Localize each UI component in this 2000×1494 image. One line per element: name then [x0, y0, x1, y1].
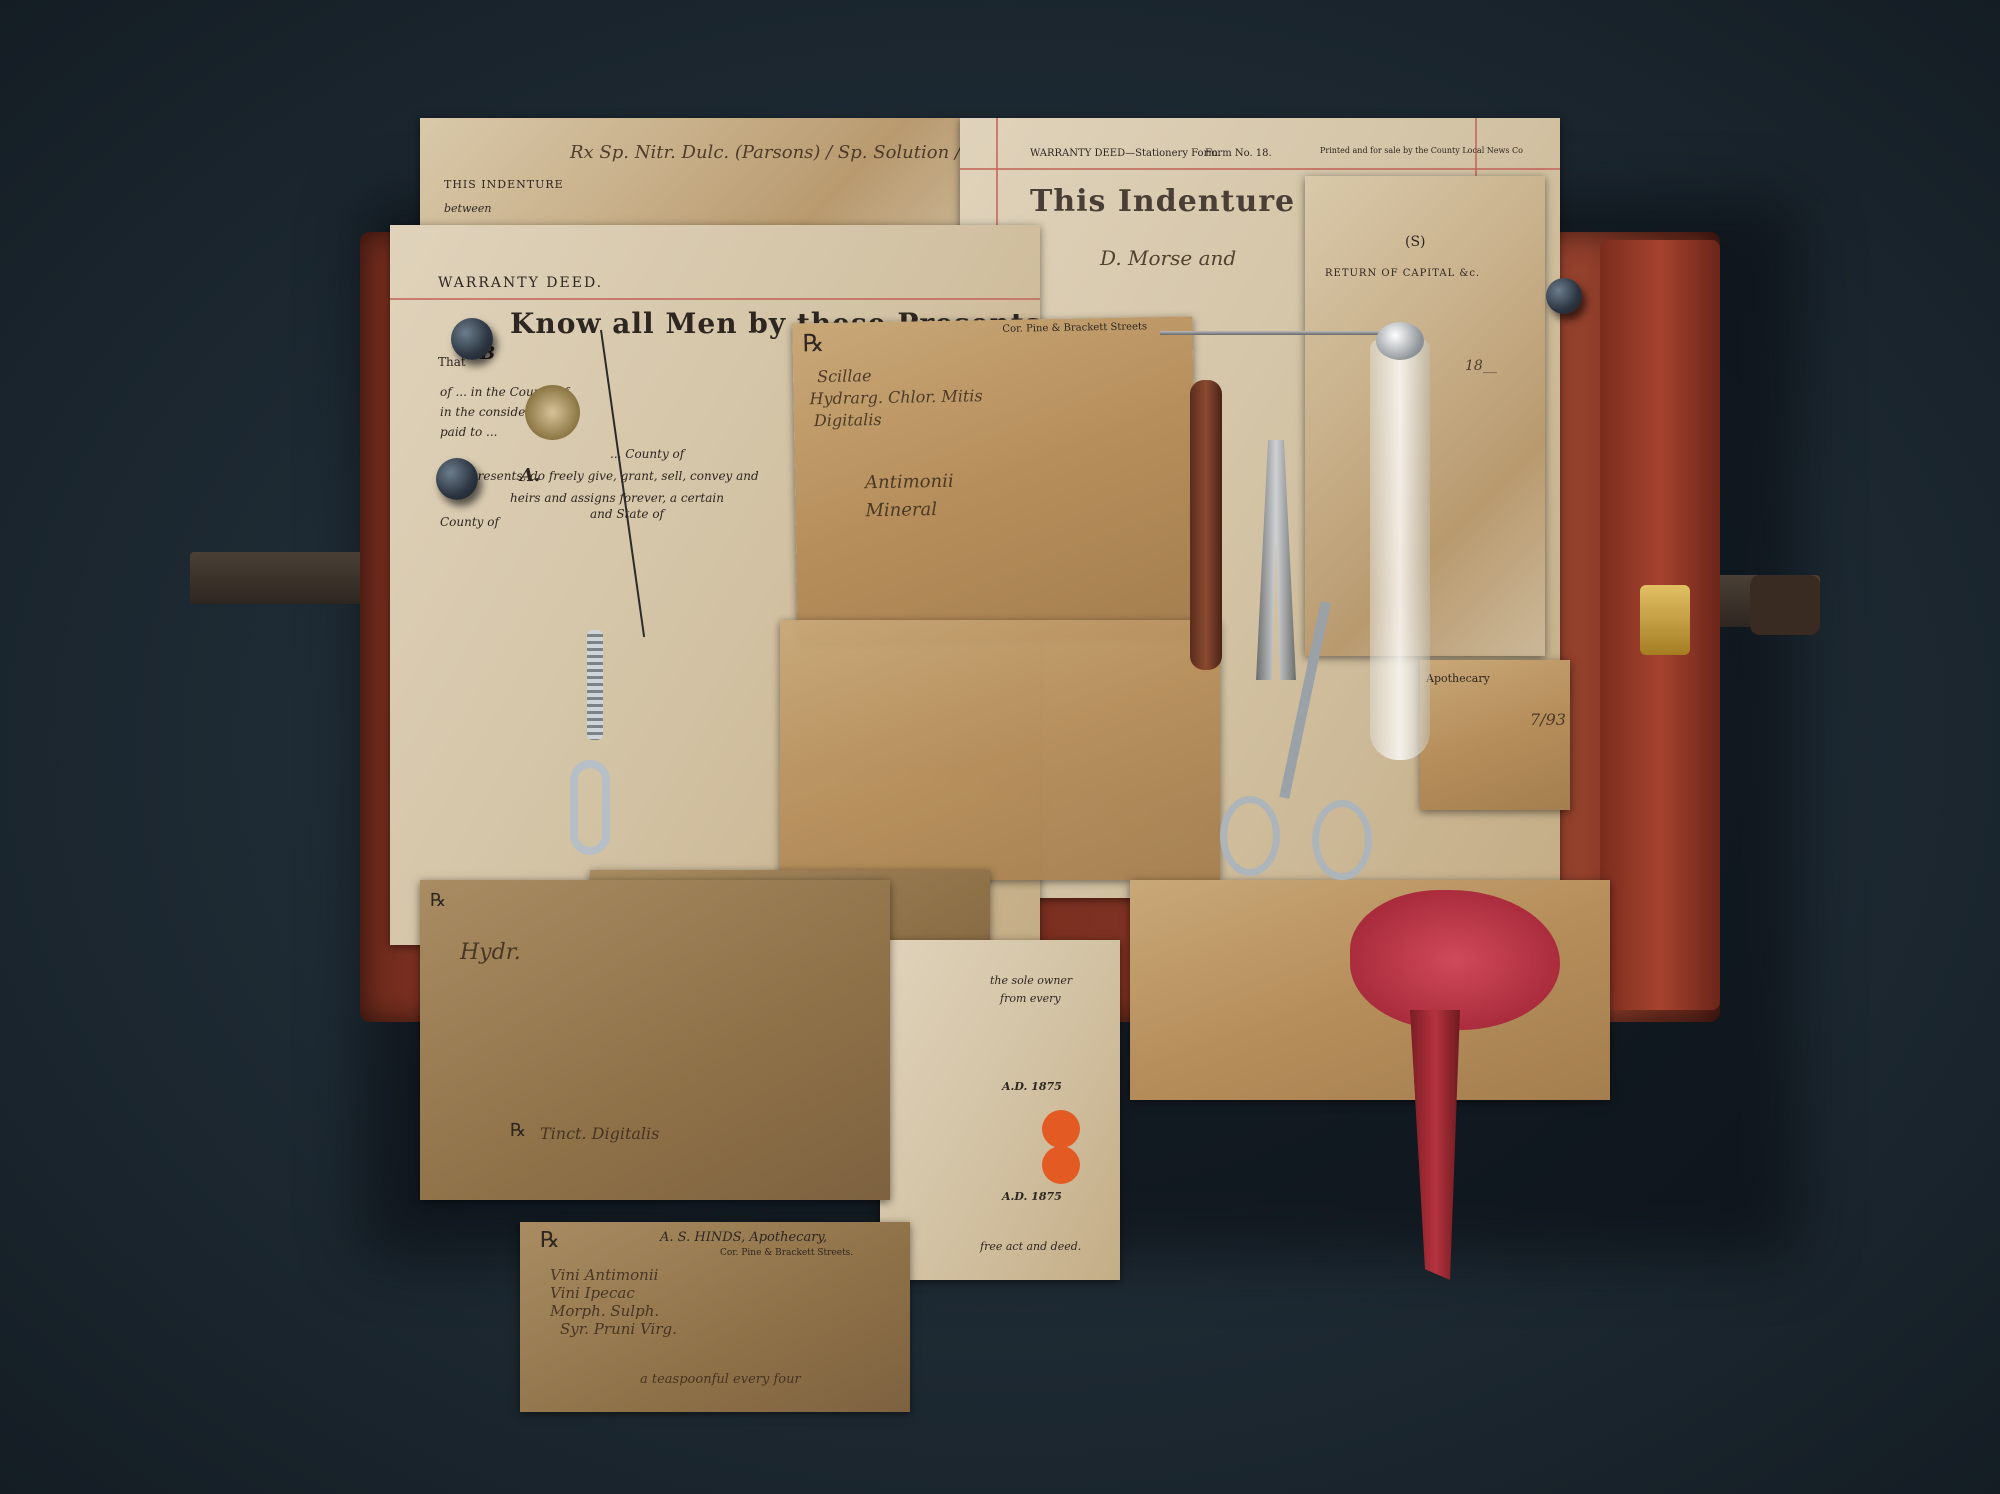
year: 18__	[1465, 358, 1497, 374]
deed-bottom-line: A.D. 1875	[1002, 1080, 1062, 1093]
deed-line: presents, do freely give, grant, sell, c…	[470, 469, 759, 483]
red-wax-seal-icon	[1350, 890, 1560, 1030]
deed-line: ... County of	[610, 447, 684, 461]
hinds-prescription: ℞ A. S. HINDS, Apothecary, Cor. Pine & B…	[520, 1222, 910, 1412]
rx-line: Antimonii	[865, 471, 954, 494]
iron-hinge	[1750, 575, 1820, 635]
orange-seal-bottom	[1042, 1146, 1080, 1184]
rx-symbol: ℞	[540, 1228, 560, 1253]
forceps-ring-right	[1312, 800, 1372, 880]
symbol: (S)	[1405, 234, 1426, 250]
rx-item: Hydr.	[460, 940, 521, 965]
handwritten-name: D. Morse and	[1100, 246, 1236, 270]
wrapped-wire-icon	[587, 630, 603, 740]
brass-clasp	[1640, 585, 1690, 655]
deed-line: paid to ...	[440, 425, 497, 439]
rx-symbol: ℞	[802, 329, 824, 357]
apothecary-name: A. S. HINDS, Apothecary,	[660, 1230, 827, 1245]
rx-line: Morph. Sulph.	[550, 1302, 659, 1320]
metal-rod	[1160, 331, 1390, 335]
deed-bottom-line: from every	[1000, 992, 1061, 1005]
rx-line: a teaspoonful every four	[640, 1372, 801, 1387]
between-label: between	[444, 202, 492, 215]
rx-line: Syr. Pruni Virg.	[560, 1320, 677, 1338]
rx-line: Digitalis	[814, 410, 882, 430]
form-header-left: WARRANTY DEED—Stationery Form.	[1030, 148, 1221, 159]
layered-scrap	[780, 620, 1220, 880]
rx-symbol: ℞	[430, 890, 446, 911]
rx-item: Tinct. Digitalis	[540, 1124, 659, 1143]
rx-line: Scillae	[817, 366, 872, 386]
red-rule	[390, 298, 1040, 300]
tack-icon	[436, 458, 478, 500]
orange-seal-top	[1042, 1110, 1080, 1148]
apothecary-slip: Apothecary 7/93	[1420, 660, 1570, 810]
vial-cap	[1376, 322, 1424, 360]
deed-bottom-line: free act and deed.	[980, 1240, 1081, 1253]
deed-line: heirs and assigns forever, a certain	[510, 491, 724, 505]
left-bottom-rx: ℞ Hydr. ℞ Tinct. Digitalis	[420, 880, 890, 1200]
deed-bottom-line: the sole owner	[990, 974, 1072, 987]
apothecary-address: Cor. Pine & Brackett Streets.	[720, 1248, 853, 1258]
rx-line: Vini Ipecac	[550, 1284, 635, 1302]
rx-line: Vini Antimonii	[550, 1266, 658, 1284]
deed-line: County of	[440, 515, 499, 529]
note: 7/93	[1530, 710, 1566, 729]
carabiner-icon	[570, 760, 610, 855]
indenture-heading: THIS INDENTURE	[444, 178, 564, 191]
deed-label: WARRANTY DEED.	[438, 275, 603, 291]
tack-icon	[1546, 278, 1582, 314]
deed-bottom-line: A.D. 1875	[1002, 1190, 1062, 1203]
rx-line: Mineral	[865, 499, 937, 521]
address: Cor. Pine & Brackett Streets	[1002, 321, 1147, 335]
return-title: RETURN OF CAPITAL &c.	[1325, 268, 1480, 279]
forceps-ring-left	[1220, 796, 1280, 876]
rx-line: Hydrarg. Chlor. Mitis	[809, 386, 982, 408]
red-rule	[960, 168, 1560, 170]
deed-bottom: the sole owner from every A.D. 1875 A.D.…	[880, 940, 1120, 1280]
form-printer: Printed and for sale by the County Local…	[1320, 146, 1523, 155]
form-number: Form No. 18.	[1205, 148, 1272, 159]
rusty-tube-icon	[1190, 380, 1222, 670]
apothecary-label: Apothecary	[1426, 672, 1490, 685]
glass-vial-icon	[1370, 340, 1430, 760]
rx-symbol: ℞	[510, 1120, 526, 1141]
tack-icon	[451, 318, 493, 360]
center-prescription: ℞ Cor. Pine & Brackett Streets Scillae H…	[792, 317, 1198, 644]
